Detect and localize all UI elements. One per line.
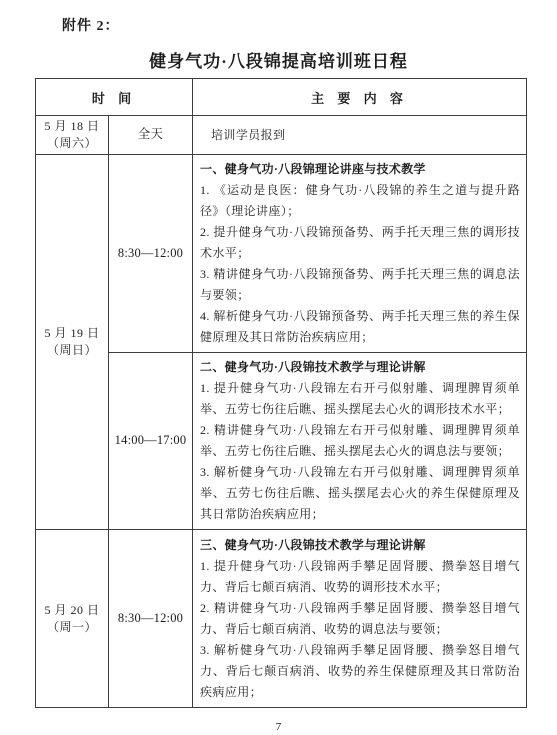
content-paragraph: 1. 提升健身气功·八段锦左右开弓似射雕、调理脾胃须单举、五劳七伤往后瞧、摇头摆… [200, 378, 520, 420]
time-cell: 全天 [109, 116, 193, 155]
content-paragraph: 3. 解析健身气功·八段锦左右开弓似射雕、调理脾胃须单举、五劳七伤往后瞧、摇头摆… [200, 462, 520, 525]
header-row: 时 间 主 要 内 容 [36, 79, 527, 116]
date-text: 5 月 19 日 [36, 325, 108, 342]
content-cell: 一、健身气功·八段锦理论讲座与技术教学1. 《运动是良医：健身气功·八段锦的养生… [193, 155, 527, 353]
weekday-text: （周六） [36, 135, 108, 152]
content-paragraph: 2. 精讲健身气功·八段锦两手攀足固肾腰、攒拳怒目增气力、背后七颠百病消、收势的… [200, 598, 520, 640]
page-title: 健身气功·八段锦提高培训班日程 [0, 50, 557, 74]
content-paragraph: 1. 《运动是良医：健身气功·八段锦的养生之道与提升路径》（理论讲座）； [200, 180, 520, 222]
weekday-text: （周一） [36, 619, 108, 636]
date-text: 5 月 20 日 [36, 602, 108, 619]
content-paragraph: 1. 提升健身气功·八段锦两手攀足固肾腰、攒拳怒目增气力、背后七颠百病消、收势的… [200, 556, 520, 598]
content-paragraph: 4. 解析健身气功·八段锦预备势、两手托天理三焦的养生保健原理及其日常防治疾病应… [200, 306, 520, 348]
date-cell: 5 月 20 日（周一） [36, 530, 109, 708]
schedule-table-body: 5 月 18 日（周六）全天培训学员报到5 月 19 日（周日）8:30—12:… [36, 116, 527, 708]
content-paragraph: 3. 精讲健身气功·八段锦预备势、两手托天理三焦的调息法与要领； [200, 264, 520, 306]
table-row: 5 月 18 日（周六）全天培训学员报到 [36, 116, 527, 155]
table-row: 14:00—17:00二、健身气功·八段锦技术教学与理论讲解1. 提升健身气功·… [36, 353, 527, 530]
content-cell: 培训学员报到 [193, 116, 527, 155]
time-cell: 8:30—12:00 [109, 155, 193, 353]
content-paragraph: 2. 精讲健身气功·八段锦左右开弓似射雕、调理脾胃须单举、五劳七伤往后瞧、摇头摆… [200, 420, 520, 462]
time-column-header: 时 间 [36, 79, 193, 116]
page-number: 7 [0, 720, 557, 735]
section-heading: 三、健身气功·八段锦技术教学与理论讲解 [200, 535, 520, 556]
schedule-table: 时 间 主 要 内 容 5 月 18 日（周六）全天培训学员报到5 月 19 日… [35, 78, 527, 708]
content-paragraph: 2. 提升健身气功·八段锦预备势、两手托天理三焦的调形技术水平； [200, 222, 520, 264]
content-cell: 二、健身气功·八段锦技术教学与理论讲解1. 提升健身气功·八段锦左右开弓似射雕、… [193, 353, 527, 530]
table-row: 5 月 20 日（周一）8:30—12:00三、健身气功·八段锦技术教学与理论讲… [36, 530, 527, 708]
section-heading: 二、健身气功·八段锦技术教学与理论讲解 [200, 357, 520, 378]
date-cell: 5 月 19 日（周日） [36, 155, 109, 530]
time-cell: 8:30—12:00 [109, 530, 193, 708]
time-cell: 14:00—17:00 [109, 353, 193, 530]
content-column-header: 主 要 内 容 [193, 79, 527, 116]
weekday-text: （周日） [36, 342, 108, 359]
schedule-table-header: 时 间 主 要 内 容 [36, 79, 527, 116]
content-paragraph: 培训学员报到 [200, 125, 520, 146]
section-heading: 一、健身气功·八段锦理论讲座与技术教学 [200, 159, 520, 180]
attachment-label: 附件 2： [62, 0, 557, 37]
table-row: 5 月 19 日（周日）8:30—12:00一、健身气功·八段锦理论讲座与技术教… [36, 155, 527, 353]
date-cell: 5 月 18 日（周六） [36, 116, 109, 155]
content-paragraph: 3. 解析健身气功·八段锦两手攀足固肾腰、攒拳怒目增气力、背后七颠百病消、收势的… [200, 640, 520, 703]
content-cell: 三、健身气功·八段锦技术教学与理论讲解1. 提升健身气功·八段锦两手攀足固肾腰、… [193, 530, 527, 708]
date-text: 5 月 18 日 [36, 118, 108, 135]
